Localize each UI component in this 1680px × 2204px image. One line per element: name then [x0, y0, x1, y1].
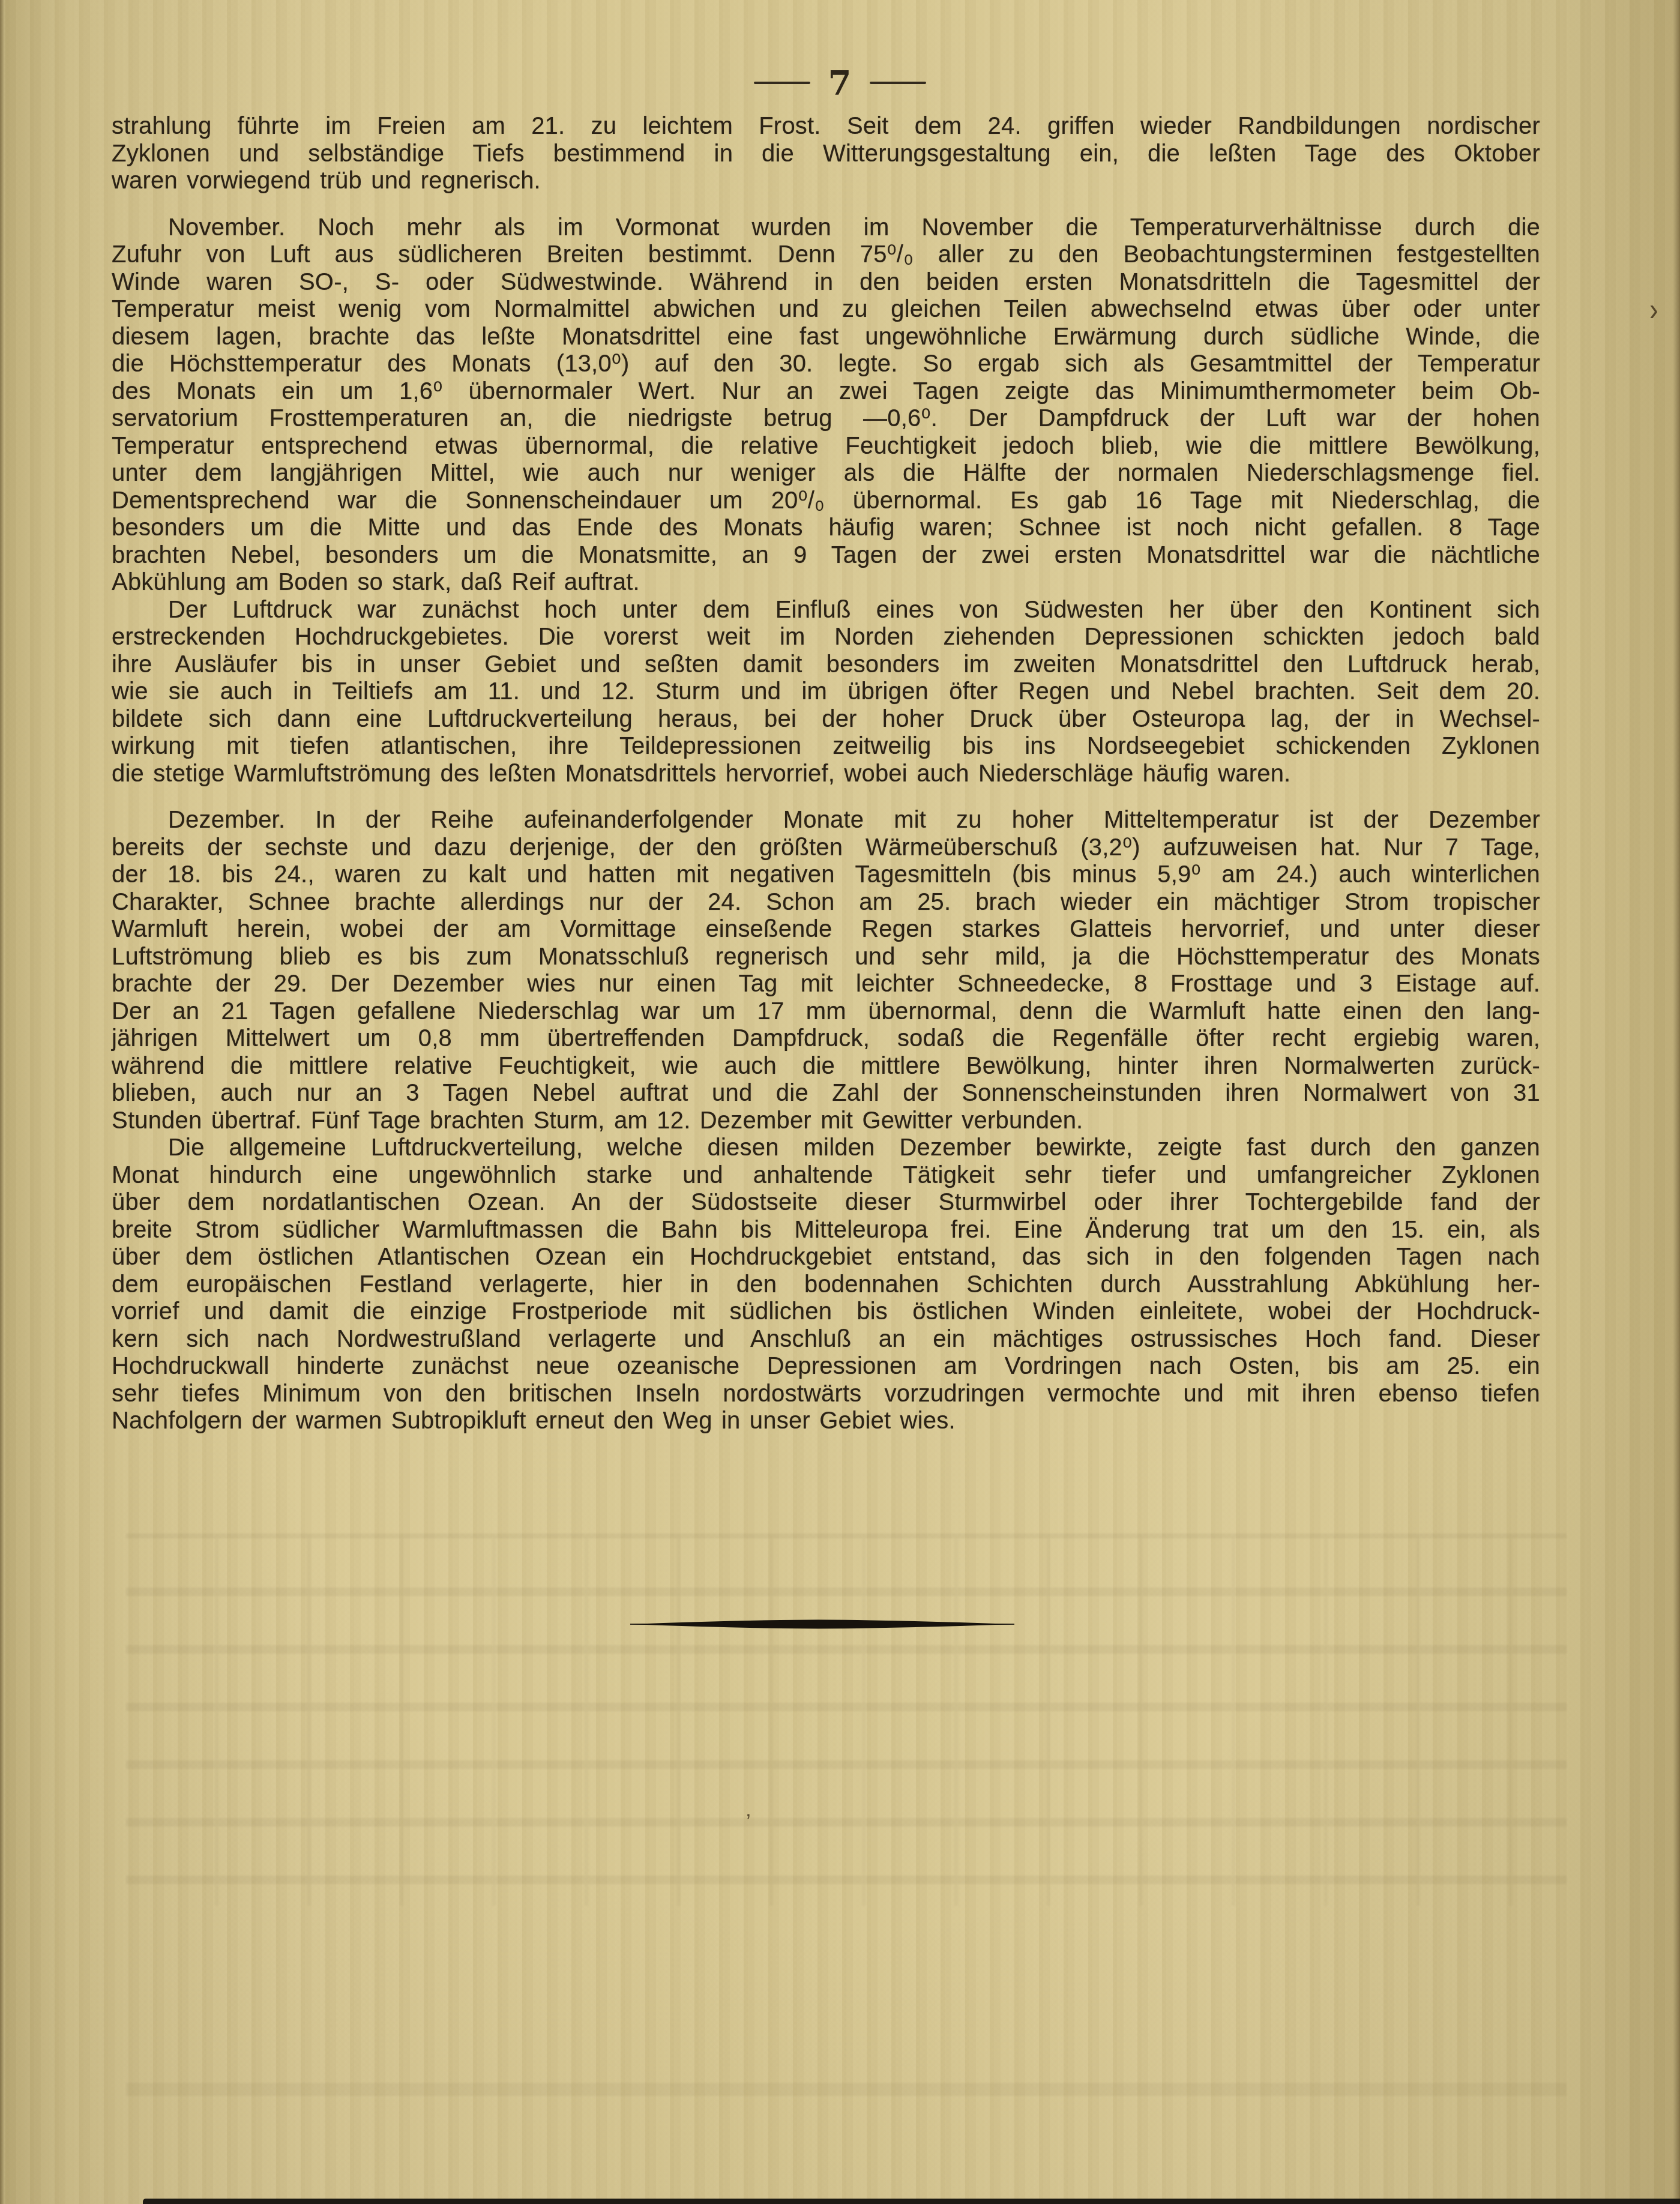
- text-line: Die allgemeine Luftdruckverteilung, welc…: [112, 1134, 1540, 1162]
- text-line: kern sich nach Nordwestrußland verlagert…: [112, 1326, 1540, 1353]
- scanned-document-page: 7 strahlung führte im Freien am 21. zu l…: [0, 0, 1680, 2204]
- page-text: strahlung führte im Freien am 21. zu lei…: [112, 113, 1540, 1435]
- scan-edge-bottom: [143, 2199, 1680, 2204]
- text-line: sehr tiefes Minimum von den britischen I…: [112, 1381, 1540, 1408]
- scan-edge-left: [0, 0, 4, 2204]
- paragraph: November. Noch mehr als im Vormonat wurd…: [112, 214, 1540, 597]
- text-line: Der an 21 Tagen gefallene Niederschlag w…: [112, 998, 1540, 1026]
- text-line: während die mittlere relative Feuchtigke…: [112, 1053, 1540, 1080]
- text-line: Dementsprechend war die Sonnenscheindaue…: [112, 487, 1540, 515]
- paragraph: strahlung führte im Freien am 21. zu lei…: [112, 113, 1540, 195]
- separator-rule: [630, 1618, 1014, 1630]
- text-line: wie sie auch in Teiltiefs am 11. und 12.…: [112, 678, 1540, 706]
- text-line: Warmluft herein, wobei der am Vormittage…: [112, 916, 1540, 944]
- text-line: Charakter, Schnee brachte allerdings nur…: [112, 889, 1540, 917]
- text-line: die stetige Warmluftströmung des leßten …: [112, 760, 1540, 788]
- text-line: Temperatur entsprechend etwas übernormal…: [112, 433, 1540, 460]
- text-line: Monat hindurch eine ungewöhnlich starke …: [112, 1162, 1540, 1190]
- text-line: des Monats ein um 1,6⁰ übernormaler Wert…: [112, 378, 1540, 406]
- page-header: 7: [0, 64, 1680, 103]
- header-left-rule: [754, 82, 810, 84]
- text-line: ihre Ausläufer bis in unser Gebiet und s…: [112, 651, 1540, 679]
- text-line: dem europäischen Festland verlagerte, hi…: [112, 1271, 1540, 1299]
- text-line: Nachfolgern der warmen Subtropikluft ern…: [112, 1408, 1540, 1435]
- text-line: November. Noch mehr als im Vormonat wurd…: [112, 214, 1540, 242]
- reverse-side-bleedthrough-lower: [126, 2065, 1567, 2107]
- text-line: Temperatur meist wenig vom Normalmittel …: [112, 296, 1540, 324]
- text-line: blieben, auch nur an 3 Tagen Nebel auftr…: [112, 1080, 1540, 1107]
- text-line: besonders um die Mitte und das Ende des …: [112, 514, 1540, 542]
- text-line: jährigen Mittelwert um 0,8 mm übertreffe…: [112, 1025, 1540, 1053]
- text-line: brachte der 29. Der Dezember wies nur ei…: [112, 971, 1540, 998]
- text-line: strahlung führte im Freien am 21. zu lei…: [112, 113, 1540, 140]
- text-line: über dem östlichen Atlantischen Ozean ei…: [112, 1244, 1540, 1271]
- text-line: Stunden übertraf. Fünf Tage brachten Stu…: [112, 1107, 1540, 1135]
- text-line: vorrief und damit die einzige Frostperio…: [112, 1298, 1540, 1326]
- text-line: servatorium Frosttemperaturen an, die ni…: [112, 405, 1540, 433]
- text-line: die Höchsttemperatur des Monats (13,0⁰) …: [112, 351, 1540, 378]
- text-line: bildete sich dann eine Luftdruckverteilu…: [112, 706, 1540, 733]
- text-line: bereits der sechste und dazu derjenige, …: [112, 834, 1540, 862]
- paragraph: Der Luftdruck war zunächst hoch unter de…: [112, 597, 1540, 788]
- text-line: brachten Nebel, besonders um die Monatsm…: [112, 542, 1540, 570]
- text-line: Winde waren SO-, S- oder Südwestwinde. W…: [112, 269, 1540, 297]
- text-line: Zyklonen und selbständige Tiefs bestimme…: [112, 140, 1540, 168]
- paragraph: Dezember. In der Reihe aufeinanderfolgen…: [112, 807, 1540, 1134]
- scan-edge-right: [1673, 0, 1680, 2204]
- header-right-rule: [870, 82, 926, 84]
- text-line: unter dem langjährigen Mittel, wie auch …: [112, 460, 1540, 487]
- text-line: über dem nordatlantischen Ozean. An der …: [112, 1189, 1540, 1217]
- text-line: Hochdruckwall hinderte zunächst neue oze…: [112, 1353, 1540, 1381]
- text-line: Dezember. In der Reihe aufeinanderfolgen…: [112, 807, 1540, 834]
- text-line: der 18. bis 24., waren zu kalt und hatte…: [112, 861, 1540, 889]
- page-number: 7: [828, 64, 852, 103]
- text-line: diesem lagen, brachte das leßte Monatsdr…: [112, 324, 1540, 351]
- text-line: Luftströmung blieb es bis zum Monatsschl…: [112, 944, 1540, 971]
- text-line: breite Strom südlicher Warmluftmassen di…: [112, 1217, 1540, 1244]
- scan-artifact-chevron: ›: [1649, 292, 1658, 328]
- paragraph: Die allgemeine Luftdruckverteilung, welc…: [112, 1134, 1540, 1435]
- text-line: wirkung mit tiefen atlantischen, ihre Te…: [112, 733, 1540, 760]
- text-line: Abkühlung am Boden so stark, daß Reif au…: [112, 569, 1540, 597]
- text-line: Zufuhr von Luft aus südlicheren Breiten …: [112, 241, 1540, 269]
- scan-artifact-tick: ʼ: [746, 1810, 751, 1835]
- text-line: Der Luftdruck war zunächst hoch unter de…: [112, 597, 1540, 624]
- text-line: erstreckenden Hochdruckgebietes. Die vor…: [112, 624, 1540, 651]
- text-line: waren vorwiegend trüb und regnerisch.: [112, 167, 1540, 195]
- reverse-side-bleedthrough: [126, 1534, 1567, 1906]
